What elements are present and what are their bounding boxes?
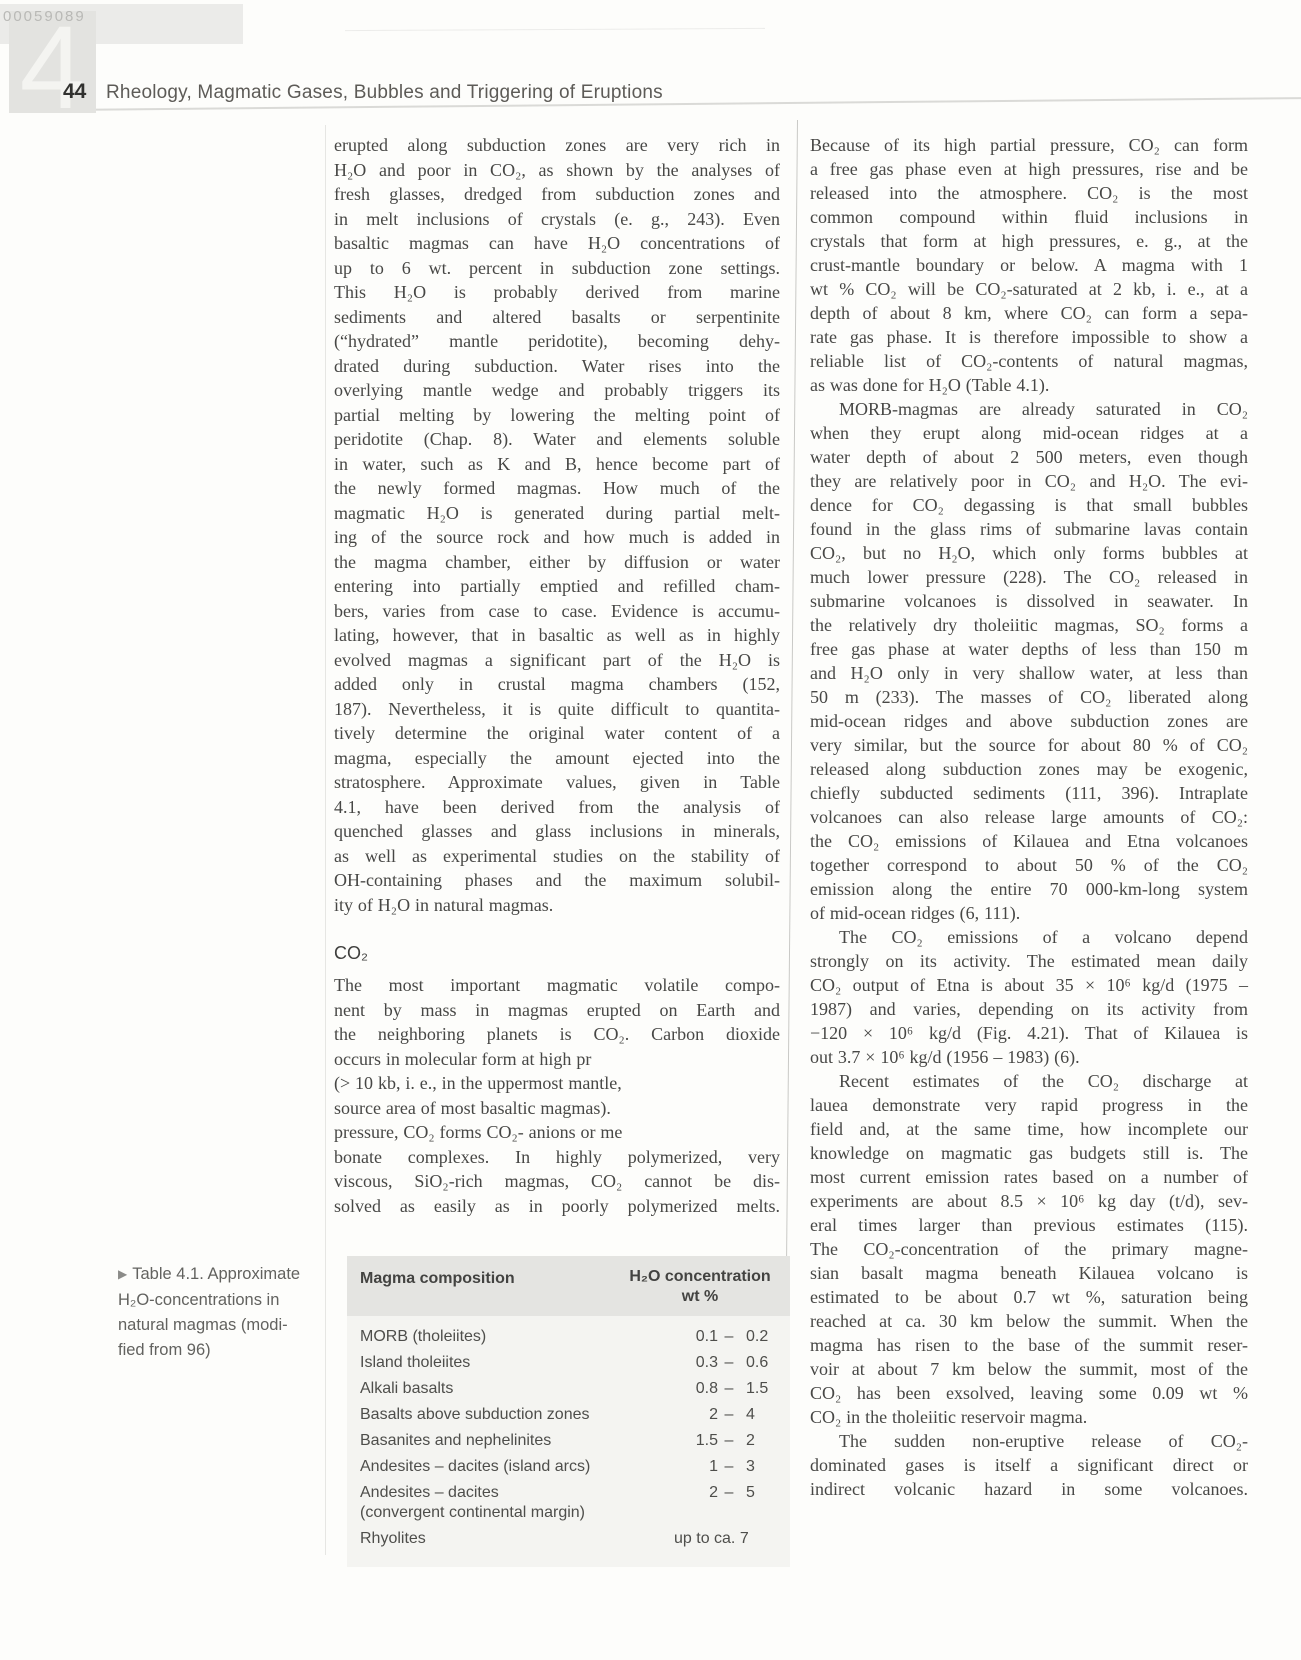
text-line: sian basalt magma beneath Kilauea volcan… [810,1261,1248,1285]
text-line: eral times larger than previous estimate… [810,1213,1248,1237]
book-page-scan: 00059089 4 44 Rheology, Magmatic Gases, … [0,0,1301,1660]
table-row: MORB (tholeiites)0.1–0.2 [347,1324,790,1350]
table-row: Basalts above subduction zones2–4 [347,1402,790,1428]
text-line: common compound within fluid inclusions … [810,205,1248,229]
text-line: fresh glasses, dredged from subduction z… [334,182,780,207]
text-line: indirect volcanic hazard in some volcano… [810,1477,1248,1501]
text-line: lating, however, that in basaltic as wel… [334,623,780,648]
text-line: chiefly subducted sediments (111, 396). … [810,781,1248,805]
text-line: entering into partially emptied and refi… [334,574,780,599]
text-line: as well as experimental studies on the s… [334,844,780,869]
text-line: (> 10 kb, i. e., in the uppermost mantle… [334,1071,780,1096]
text-line: crystals that form at high pressures, e.… [810,229,1248,253]
paragraph: The sudden non-eruptive release of CO₂-d… [810,1429,1248,1501]
text-line: in water, such as K and B, hence become … [334,452,780,477]
table-row: Basanites and nephelinites1.5–2 [347,1428,790,1454]
text-line: quenched glasses and glass inclusions in… [334,819,780,844]
text-line: ing of the source rock and how much is a… [334,525,780,550]
text-line: field and, at the same time, how incompl… [810,1117,1248,1141]
text-line: partial melting by lowering the melting … [334,403,780,428]
table-caption-line: H₂O-concentrations in [118,1288,330,1313]
text-line: erupted along subduction zones are very … [334,133,780,158]
text-line: released along subduction zones may be e… [810,757,1248,781]
table-caption-line: fied from 96) [118,1338,330,1363]
h2o-range-value: 0.8–1.5 [638,1379,770,1399]
table-header-magma-composition: Magma composition [347,1267,610,1289]
magma-type-label: Andesites – dacites (island arcs) [347,1457,638,1477]
text-line: up to 6 wt. percent in subduction zone s… [334,256,780,281]
table-caption-line: natural magmas (modi- [118,1313,330,1338]
text-line: bonate complexes. In highly polymerized,… [334,1145,780,1170]
text-line: added only in crustal magma chambers (15… [334,672,780,697]
magma-type-label: Alkali basalts [347,1379,638,1399]
magma-type-label: Island tholeiites [347,1353,638,1373]
h2o-range-value: 2–4 [638,1405,770,1425]
paragraph: Because of its high partial pressure, CO… [810,133,1248,397]
text-line: 50 m (233). The masses of CO₂ liberated … [810,685,1248,709]
page-number: 44 [63,80,86,104]
text-line: mid-ocean ridges and above subduction zo… [810,709,1248,733]
paragraph: The CO₂ emissions of a volcano dependstr… [810,925,1248,1069]
magma-type-label: Andesites – dacites(convergent continent… [347,1483,638,1523]
co2-section-heading: CO₂ [334,943,780,964]
text-line: voir at about 7 km below the summit, mos… [810,1357,1248,1381]
table-caption: ▶Table 4.1. Approximate H₂O-concentratio… [118,1262,330,1363]
text-line: source area of most basaltic magmas). [334,1096,780,1121]
text-line: of mid-ocean ridges (6, 111). [810,901,1248,925]
paragraph: Recent estimates of the CO₂ discharge at… [810,1069,1248,1429]
magma-type-label: MORB (tholeiites) [347,1327,638,1347]
text-line: overlying mantle wedge and probably trig… [334,378,780,403]
text-line: 1987) and varies, depending on its activ… [810,997,1248,1021]
table-header-row: Magma composition H₂O concentration wt % [347,1256,790,1316]
text-line: viscous, SiO₂-rich magmas, CO₂ cannot be… [334,1169,780,1194]
text-line: stratosphere. Approximate values, given … [334,770,780,795]
magma-type-label: Rhyolites [347,1529,638,1549]
h2o-range-value: 0.3–0.6 [638,1353,770,1373]
text-line: evolved magmas a significant part of the… [334,648,780,673]
table-header-h2o-line2: wt % [610,1287,790,1307]
text-line: basaltic magmas can have H₂O concentrati… [334,231,780,256]
text-line: emission along the entire 70 000-km-long… [810,877,1248,901]
paragraph: erupted along subduction zones are very … [334,133,780,917]
table-row: Rhyolitesup to ca. 7 [347,1526,790,1552]
text-line: CO₂ has been exsolved, leaving some 0.09… [810,1381,1248,1405]
text-line: out 3.7 × 10⁶ kg/d (1956 – 1983) (6). [810,1045,1248,1069]
text-line: found in the glass rims of submarine lav… [810,517,1248,541]
text-line: H₂O and poor in CO₂, as shown by the ana… [334,158,780,183]
text-line: much lower pressure (228). The CO₂ relea… [810,565,1248,589]
text-line: occurs in molecular form at high pr [334,1047,780,1072]
text-line: crust-mantle boundary or below. A magma … [810,253,1248,277]
text-line: knowledge on magmatic gas budgets still … [810,1141,1248,1165]
table-header-h2o-line1: H₂O concentration [610,1267,790,1287]
text-line: nent by mass in magmas erupted on Earth … [334,998,780,1023]
scan-artifact-line [345,28,765,31]
text-line: CO₂ output of Etna is about 35 × 10⁶ kg/… [810,973,1248,997]
text-line: rate gas phase. It is therefore impossib… [810,325,1248,349]
table-row: Island tholeiites0.3–0.6 [347,1350,790,1376]
text-line: This H₂O is probably derived from marine [334,280,780,305]
table-caption-text: Table 4.1. Approximate [132,1265,300,1283]
text-line: OH-containing phases and the maximum sol… [334,868,780,893]
text-line: The most important magmatic volatile com… [334,973,780,998]
text-line: wt % CO₂ will be CO₂-saturated at 2 kb, … [810,277,1248,301]
text-line: sediments and altered basalts or serpent… [334,305,780,330]
text-line: the newly formed magmas. How much of the [334,476,780,501]
magma-type-label: Basalts above subduction zones [347,1405,638,1425]
text-line: lauea demonstrate very rapid progress in… [810,1093,1248,1117]
text-line: water depth of about 2 500 meters, even … [810,445,1248,469]
text-line: Recent estimates of the CO₂ discharge at [810,1069,1248,1093]
text-line: as was done for H₂O (Table 4.1). [810,373,1248,397]
text-line: dence for CO₂ degassing is that small bu… [810,493,1248,517]
text-line: submarine volcanoes is dissolved in seaw… [810,589,1248,613]
text-line: Because of its high partial pressure, CO… [810,133,1248,157]
text-line: magmatic H₂O is generated during partial… [334,501,780,526]
text-line: CO₂ in the tholeiitic reservoir magma. [810,1405,1248,1429]
text-line: experiments are about 8.5 × 10⁶ kg day (… [810,1189,1248,1213]
text-line: most current emission rates based on a n… [810,1165,1248,1189]
text-line: CO₂, but no H₂O, which only forms bubble… [810,541,1248,565]
paragraph: MORB-magmas are already saturated in CO₂… [810,397,1248,925]
text-line: solved as easily as in poorly polymerize… [334,1194,780,1219]
text-line: very similar, but the source for about 8… [810,733,1248,757]
text-line: ity of H₂O in natural magmas. [334,893,780,918]
h2o-range-value: 1.5–2 [638,1431,770,1451]
magma-type-label: Basanites and nephelinites [347,1431,638,1451]
text-line: a free gas phase even at high pressures,… [810,157,1248,181]
text-line: the magma chamber, either by diffusion o… [334,550,780,575]
text-line: The sudden non-eruptive release of CO₂- [810,1429,1248,1453]
text-line: tively determine the original water cont… [334,721,780,746]
text-line: 4.1, have been derived from the analysis… [334,795,780,820]
text-line: and H₂O only in very shallow water, at l… [810,661,1248,685]
text-line: the relatively dry tholeiitic magmas, SO… [810,613,1248,637]
text-line: the neighboring planets is CO₂. Carbon d… [334,1022,780,1047]
text-line: The CO₂-concentration of the primary mag… [810,1237,1248,1261]
table-row: Alkali basalts0.8–1.5 [347,1376,790,1402]
text-line: free gas phase at water depths of less t… [810,637,1248,661]
right-text-column: Because of its high partial pressure, CO… [810,133,1248,1501]
table-row: Andesites – dacites(convergent continent… [347,1480,790,1526]
text-line: The CO₂ emissions of a volcano depend [810,925,1248,949]
text-line: they are relatively poor in CO₂ and H₂O.… [810,469,1248,493]
magma-type-sublabel: (convergent continental margin) [360,1503,638,1523]
text-line: volcanoes can also release large amounts… [810,805,1248,829]
scan-watermark-number: 00059089 [3,8,86,25]
text-line: reliable list of CO₂-contents of natural… [810,349,1248,373]
table-body: MORB (tholeiites)0.1–0.2Island tholeiite… [347,1316,790,1567]
text-line: released into the atmosphere. CO₂ is the… [810,181,1248,205]
left-text-column: erupted along subduction zones are very … [334,133,780,1218]
text-line: dominated gases is itself a significant … [810,1453,1248,1477]
h2o-range-value: 1–3 [638,1457,770,1477]
text-line: depth of about 8 km, where CO₂ can form … [810,301,1248,325]
text-line: (“hydrated” mantle peridotite), becoming… [334,329,780,354]
text-line: magma has risen to the base of the summi… [810,1333,1248,1357]
table-header-h2o-concentration: H₂O concentration wt % [610,1267,790,1307]
text-line: together correspond to about 50 % of the… [810,853,1248,877]
text-line: in melt inclusions of crystals (e. g., 2… [334,207,780,232]
text-line: the CO₂ emissions of Kilauea and Etna vo… [810,829,1248,853]
h2o-range-value: 2–5 [638,1483,770,1523]
text-line: magma, especially the amount ejected int… [334,746,780,771]
text-line: bers, varies from case to case. Evidence… [334,599,780,624]
text-line: when they erupt along mid-ocean ridges a… [810,421,1248,445]
paragraph: The most important magmatic volatile com… [334,973,780,1218]
text-line: 187). Nevertheless, it is quite difficul… [334,697,780,722]
text-line: −120 × 10⁶ kg/d (Fig. 4.21). That of Kil… [810,1021,1248,1045]
text-line: MORB-magmas are already saturated in CO₂ [810,397,1248,421]
h2o-range-value: up to ca. 7 [638,1529,770,1549]
text-line: drated during subduction. Water rises in… [334,354,780,379]
text-line: pressure, CO₂ forms CO₂- anions or me [334,1120,780,1145]
caption-arrow-icon: ▶ [118,1267,127,1281]
text-line: reached at ca. 30 km below the summit. W… [810,1309,1248,1333]
table-caption-line: ▶Table 4.1. Approximate [118,1262,330,1288]
text-line: peridotite (Chap. 8). Water and elements… [334,427,780,452]
text-line: strongly on its activity. The estimated … [810,949,1248,973]
table-row: Andesites – dacites (island arcs)1–3 [347,1454,790,1480]
chapter-title: Rheology, Magmatic Gases, Bubbles and Tr… [106,82,663,104]
h2o-range-value: 0.1–0.2 [638,1327,770,1347]
text-line: estimated to be about 0.7 wt %, saturati… [810,1285,1248,1309]
magma-water-table: Magma composition H₂O concentration wt %… [347,1256,790,1567]
